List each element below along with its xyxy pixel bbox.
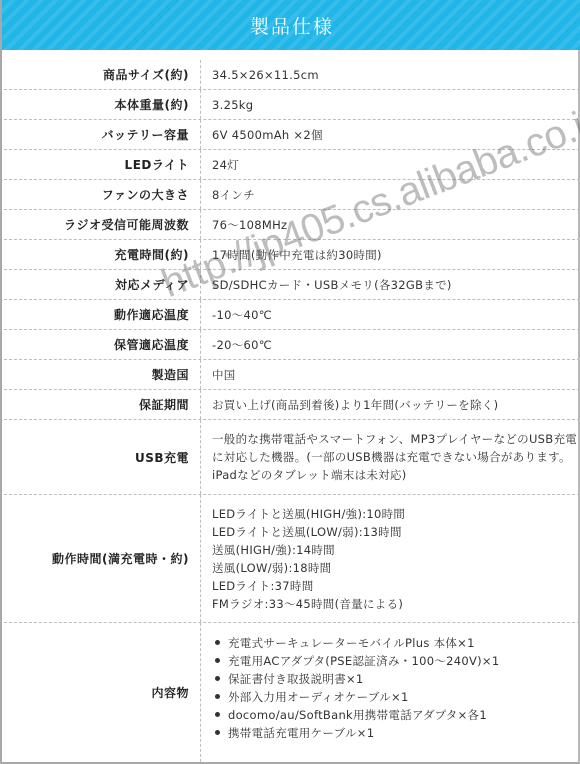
spec-label: 内容物	[4, 623, 201, 762]
spec-label: 充電時間(約)	[4, 240, 201, 269]
spec-value: LEDライトと送風(HIGH/強):10時間 LEDライトと送風(LOW/弱):…	[201, 495, 580, 622]
spec-label: 対応メディア	[4, 270, 201, 299]
spec-value: SD/SDHCカード・USBメモリ(各32GBまで)	[201, 270, 580, 299]
header-bar: 製品仕様	[2, 0, 580, 50]
spec-label: 本体重量(約)	[4, 90, 201, 119]
spec-row-weight: 本体重量(約) 3.25kg	[4, 90, 580, 120]
spec-row-origin: 製造国 中国	[4, 360, 580, 390]
spec-row-led: LEDライト 24灯	[4, 150, 580, 180]
spec-value: 3.25kg	[201, 90, 580, 119]
list-item: 保証書付き取扱説明書×1	[212, 670, 499, 688]
page-frame: 製品仕様 商品サイズ(約) 34.5×26×11.5cm 本体重量(約) 3.2…	[0, 0, 580, 764]
spec-line: LEDライトと送風(HIGH/強):10時間	[212, 505, 405, 523]
spec-value: 24灯	[201, 150, 580, 179]
list-item: 充電式サーキュレーターモバイルPlus 本体×1	[212, 634, 499, 652]
spec-value: 17時間(動作中充電は約30時間)	[201, 240, 580, 269]
spec-label: 動作時間(満充電時・約)	[4, 495, 201, 622]
spec-value: -20～60℃	[201, 330, 580, 359]
spec-line: LEDライトと送風(LOW/弱):13時間	[212, 523, 402, 541]
spec-row-operating-time: 動作時間(満充電時・約) LEDライトと送風(HIGH/強):10時間 LEDラ…	[4, 495, 580, 623]
spec-value: -10～40℃	[201, 300, 580, 329]
spec-line: iPadなどのタブレット端末は未対応)	[212, 466, 407, 484]
spec-row-size: 商品サイズ(約) 34.5×26×11.5cm	[4, 60, 580, 90]
spec-row-battery: バッテリー容量 6V 4500mAh ×2個	[4, 120, 580, 150]
spec-label: ラジオ受信可能周波数	[4, 210, 201, 239]
spec-row-media: 対応メディア SD/SDHCカード・USBメモリ(各32GBまで)	[4, 270, 580, 300]
spec-row-radio: ラジオ受信可能周波数 76～108MHz	[4, 210, 580, 240]
spec-label: 保管適応温度	[4, 330, 201, 359]
list-item: docomo/au/SoftBank用携帯電話アダプタ×各1	[212, 706, 499, 724]
spec-line: 送風(LOW/弱):18時間	[212, 559, 331, 577]
list-item: 外部入力用オーディオケーブル×1	[212, 688, 499, 706]
spec-table: 商品サイズ(約) 34.5×26×11.5cm 本体重量(約) 3.25kg バ…	[4, 60, 580, 762]
spec-label: 保証期間	[4, 390, 201, 419]
spec-value: お買い上げ(商品到着後)より1年間(バッテリーを除く)	[201, 390, 580, 419]
spec-label: LEDライト	[4, 150, 201, 179]
spec-row-contents: 内容物 充電式サーキュレーターモバイルPlus 本体×1 充電用ACアダプタ(P…	[4, 623, 580, 762]
spec-row-charge-time: 充電時間(約) 17時間(動作中充電は約30時間)	[4, 240, 580, 270]
spec-value: 6V 4500mAh ×2個	[201, 120, 580, 149]
spec-line: 一般的な携帯電話やスマートフォン、MP3プレイヤーなどのUSB充電	[212, 430, 577, 448]
spec-value: 充電式サーキュレーターモバイルPlus 本体×1 充電用ACアダプタ(PSE認証…	[201, 623, 580, 762]
spec-line: FMラジオ:33～45時間(音量による)	[212, 595, 403, 613]
spec-label: USB充電	[4, 420, 201, 494]
spec-line: 送風(HIGH/強):14時間	[212, 541, 335, 559]
contents-list: 充電式サーキュレーターモバイルPlus 本体×1 充電用ACアダプタ(PSE認証…	[212, 634, 499, 742]
spec-value: 8インチ	[201, 180, 580, 209]
spec-row-usb-charge: USB充電 一般的な携帯電話やスマートフォン、MP3プレイヤーなどのUSB充電 …	[4, 420, 580, 495]
spec-label: 商品サイズ(約)	[4, 60, 201, 89]
spec-value: 34.5×26×11.5cm	[201, 60, 580, 89]
spec-line: に対応した機器。(一部のUSB機器は充電できない場合があります。	[212, 448, 571, 466]
spec-label: バッテリー容量	[4, 120, 201, 149]
spec-label: 製造国	[4, 360, 201, 389]
page-title: 製品仕様	[250, 12, 334, 39]
list-item: 携帯電話充電用ケーブル×1	[212, 724, 499, 742]
spec-row-fan-size: ファンの大きさ 8インチ	[4, 180, 580, 210]
spec-value: 一般的な携帯電話やスマートフォン、MP3プレイヤーなどのUSB充電 に対応した機…	[201, 420, 580, 494]
spec-row-storage-temp: 保管適応温度 -20～60℃	[4, 330, 580, 360]
spec-label: 動作適応温度	[4, 300, 201, 329]
spec-row-operating-temp: 動作適応温度 -10～40℃	[4, 300, 580, 330]
list-item: 充電用ACアダプタ(PSE認証済み・100～240V)×1	[212, 652, 499, 670]
spec-row-warranty: 保証期間 お買い上げ(商品到着後)より1年間(バッテリーを除く)	[4, 390, 580, 420]
spec-line: LEDライト:37時間	[212, 577, 314, 595]
spec-value: 中国	[201, 360, 580, 389]
spec-label: ファンの大きさ	[4, 180, 201, 209]
spec-value: 76～108MHz	[201, 210, 580, 239]
